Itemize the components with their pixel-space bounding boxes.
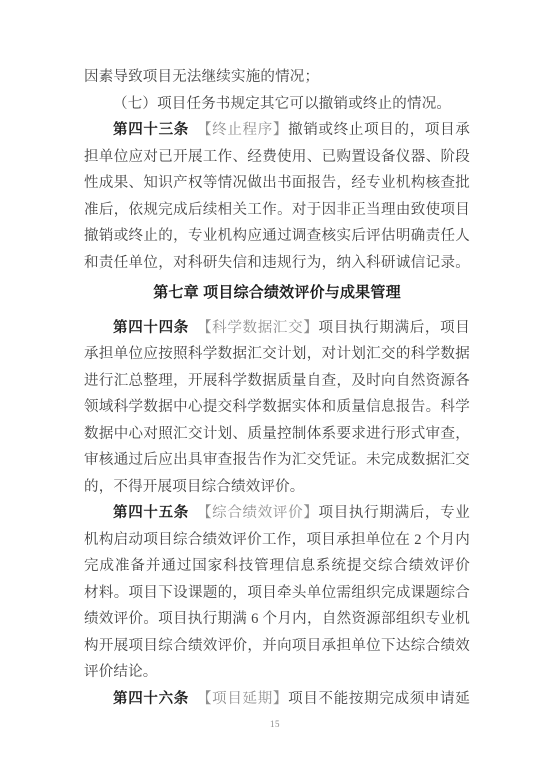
article-number: 第四十三条 <box>113 122 189 138</box>
article-tag: 【终止程序】 <box>197 122 288 138</box>
text-segment: 构开展项目综合绩效评价，并向项目承担单位下达综合绩效 <box>84 638 470 654</box>
text-segment: 数据中心对照汇交计划、质量控制体系要求进行形式审查， <box>84 426 470 442</box>
text-line: 因素导致项目无法继续实施的情况； <box>84 64 470 91</box>
text-line: 准后，依规完成后续相关工作。对于因非正当理由致使项目 <box>84 197 470 224</box>
text-line: 数据中心对照汇交计划、质量控制体系要求进行形式审查， <box>84 421 470 448</box>
text-line: 构开展项目综合绩效评价，并向项目承担单位下达综合绩效 <box>84 633 470 660</box>
text-line: 第四十三条【终止程序】撤销或终止项目的，项目承 <box>84 117 470 144</box>
article-number: 第四十五条 <box>113 505 189 521</box>
article-number: 第四十六条 <box>113 691 189 707</box>
text-segment: 的，不得开展项目综合绩效评价。 <box>84 479 305 495</box>
article-tag: 【综合绩效评价】 <box>197 505 319 521</box>
text-segment: 撤销或终止项目的，项目承 <box>288 122 470 138</box>
text-segment: 第七章 项目综合绩效评价与成果管理 <box>153 284 401 301</box>
text-line: 第四十四条【科学数据汇交】项目执行期满后，项目 <box>84 315 470 342</box>
chapter-heading: 第七章 项目综合绩效评价与成果管理 <box>84 280 470 307</box>
text-segment: 机构启动项目综合绩效评价工作，项目承担单位在 2 个月内 <box>84 532 470 548</box>
page-number: 15 <box>0 719 550 729</box>
text-line: 机构启动项目综合绩效评价工作，项目承担单位在 2 个月内 <box>84 527 470 554</box>
text-segment: 项目执行期满后，项目 <box>319 320 470 336</box>
text-segment: 项目执行期满后，专业 <box>319 505 470 521</box>
document-content: 因素导致项目无法继续实施的情况；（七）项目任务书规定其它可以撤销或终止的情况。第… <box>84 64 470 712</box>
text-segment: 和责任单位，对科研失信和违规行为，纳入科研诚信记录。 <box>84 255 470 271</box>
text-segment: （七）项目任务书规定其它可以撤销或终止的情况。 <box>113 96 451 112</box>
text-line: 性成果、知识产权等情况做出书面报告，经专业机构核查批 <box>84 170 470 197</box>
text-line: 担单位应对已开展工作、经费使用、已购置设备仪器、阶段 <box>84 144 470 171</box>
text-segment: 担单位应对已开展工作、经费使用、已购置设备仪器、阶段 <box>84 149 470 165</box>
text-line: 的，不得开展项目综合绩效评价。 <box>84 474 470 501</box>
text-segment: 撤销或终止的，专业机构应通过调查核实后评估明确责任人 <box>84 228 470 244</box>
text-segment: 完成准备并通过国家科技管理信息系统提交综合绩效评价 <box>84 558 470 574</box>
text-line: 和责任单位，对科研失信和违规行为，纳入科研诚信记录。 <box>84 250 470 277</box>
text-segment: 承担单位应按照科学数据汇交计划，对计划汇交的科学数据 <box>84 346 470 362</box>
text-segment: 准后，依规完成后续相关工作。对于因非正当理由致使项目 <box>84 202 470 218</box>
article-tag: 【科学数据汇交】 <box>197 320 319 336</box>
article-number: 第四十四条 <box>113 320 189 336</box>
text-line: 审核通过后应出具审查报告作为汇交凭证。未完成数据汇交 <box>84 447 470 474</box>
text-segment: 性成果、知识产权等情况做出书面报告，经专业机构核查批 <box>84 175 470 191</box>
text-line: 绩效评价。项目执行期满 6 个月内，自然资源部组织专业机 <box>84 606 470 633</box>
article-tag: 【项目延期】 <box>197 691 288 707</box>
text-line: 第四十六条【项目延期】项目不能按期完成须申请延 <box>84 686 470 713</box>
text-segment: 绩效评价。项目执行期满 6 个月内，自然资源部组织专业机 <box>84 611 470 627</box>
text-line: 领域科学数据中心提交科学数据实体和质量信息报告。科学 <box>84 394 470 421</box>
text-segment: 材料。项目下设课题的，项目牵头单位需组织完成课题综合 <box>84 585 470 601</box>
text-line: 完成准备并通过国家科技管理信息系统提交综合绩效评价 <box>84 553 470 580</box>
text-line: 承担单位应按照科学数据汇交计划，对计划汇交的科学数据 <box>84 341 470 368</box>
text-line: 材料。项目下设课题的，项目牵头单位需组织完成课题综合 <box>84 580 470 607</box>
text-line: 评价结论。 <box>84 659 470 686</box>
text-line: 进行汇总整理，开展科学数据质量自查，及时向自然资源各 <box>84 368 470 395</box>
text-segment: 审核通过后应出具审查报告作为汇交凭证。未完成数据汇交 <box>84 452 470 468</box>
text-segment: 因素导致项目无法继续实施的情况； <box>84 69 319 85</box>
text-line: 第四十五条【综合绩效评价】项目执行期满后，专业 <box>84 500 470 527</box>
text-line: （七）项目任务书规定其它可以撤销或终止的情况。 <box>84 91 470 118</box>
document-page: 因素导致项目无法继续实施的情况；（七）项目任务书规定其它可以撤销或终止的情况。第… <box>0 0 550 777</box>
text-segment: 领域科学数据中心提交科学数据实体和质量信息报告。科学 <box>84 399 470 415</box>
text-segment: 进行汇总整理，开展科学数据质量自查，及时向自然资源各 <box>84 373 470 389</box>
text-segment: 项目不能按期完成须申请延 <box>288 691 470 707</box>
text-segment: 评价结论。 <box>84 664 158 680</box>
text-line: 撤销或终止的，专业机构应通过调查核实后评估明确责任人 <box>84 223 470 250</box>
